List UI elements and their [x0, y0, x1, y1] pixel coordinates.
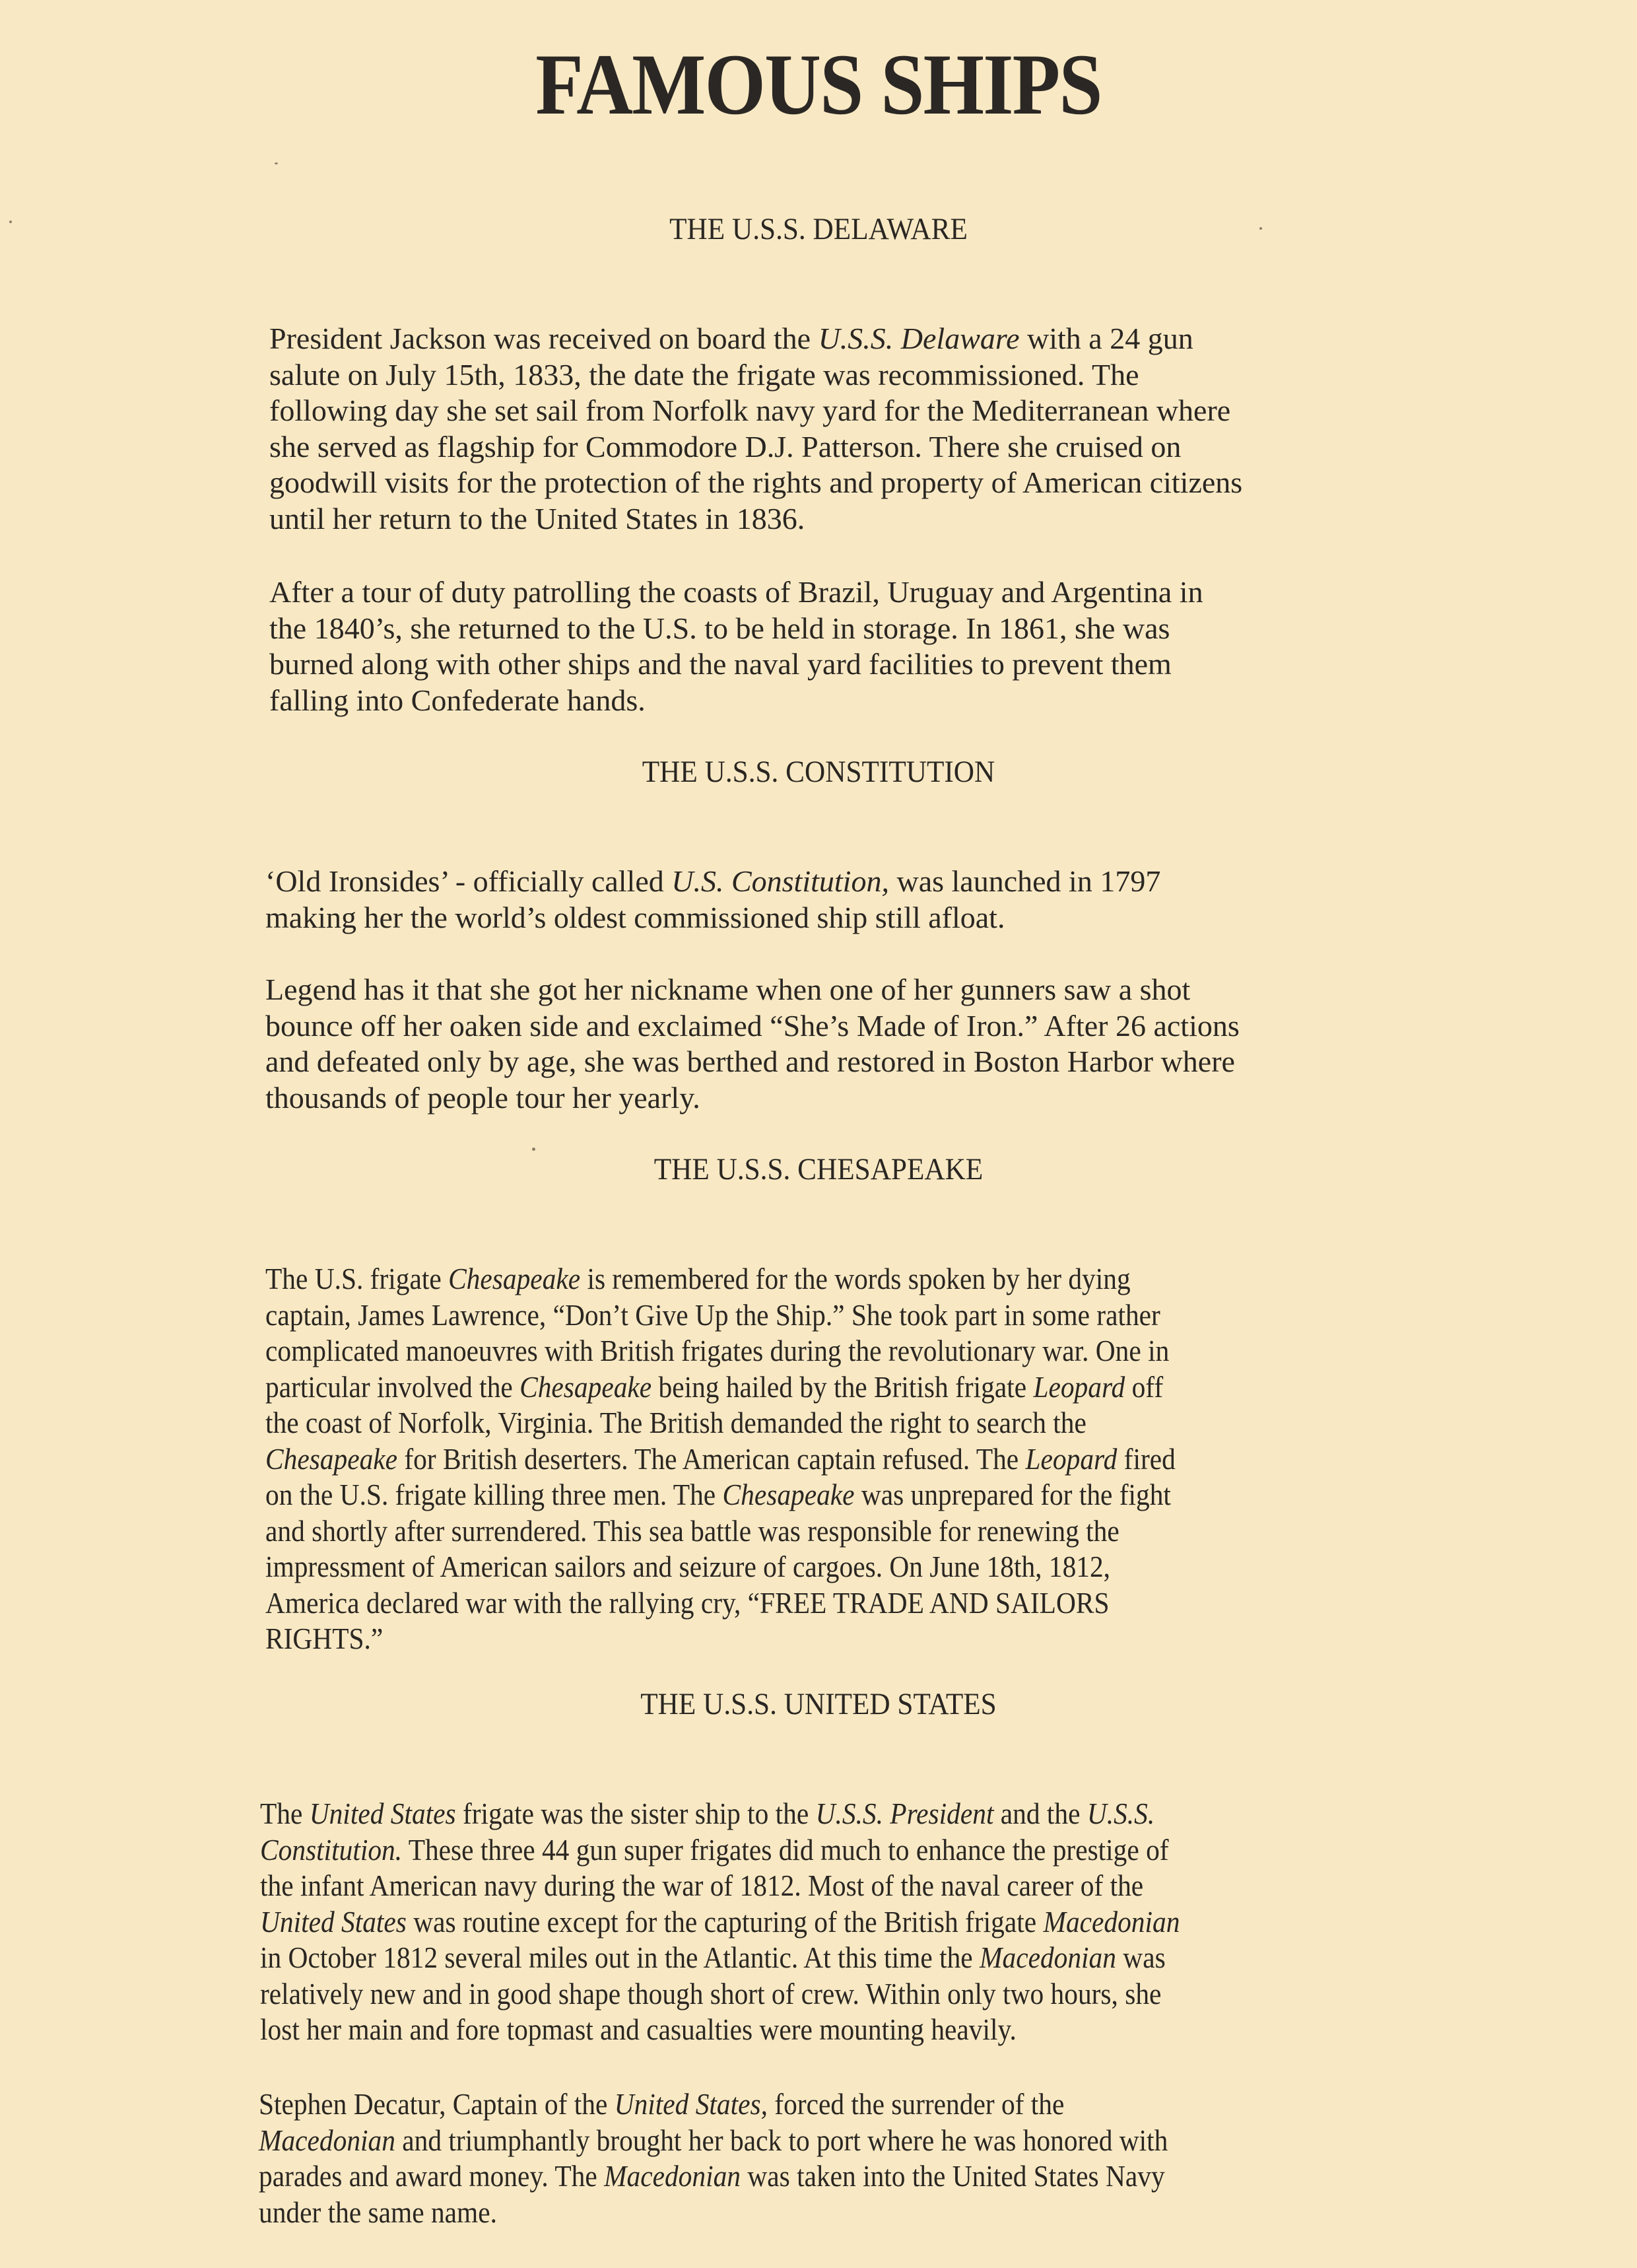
ship-name-italic: Chesapeake — [265, 1442, 397, 1476]
text-line: complicated manoeuvres with British frig… — [265, 1333, 1176, 1369]
text-line: ‘Old Ironsides’ - officially called U.S.… — [265, 864, 1160, 900]
paragraph: President Jackson was received on board … — [269, 321, 1242, 537]
paragraph: The United States frigate was the sister… — [260, 1796, 1282, 2048]
ship-name-italic: Chesapeake — [519, 1370, 651, 1404]
text-run: she served as flagship for Commodore D.J… — [269, 430, 1181, 464]
ship-name-italic: Macedonian — [1043, 1905, 1180, 1939]
text-line: until her return to the United States in… — [269, 501, 1242, 537]
text-run: After a tour of duty patrolling the coas… — [269, 575, 1203, 609]
text-run: President Jackson was received on board … — [269, 322, 818, 355]
text-run: and the — [993, 1797, 1086, 1830]
text-run: bounce off her oaken side and exclaimed … — [265, 1009, 1240, 1043]
text-run: Legend has it that she got her nickname … — [265, 973, 1190, 1006]
text-line: Legend has it that she got her nickname … — [265, 972, 1240, 1008]
text-run: The U.S. frigate — [265, 1262, 448, 1295]
text-line: the infant American navy during the war … — [260, 1868, 1180, 1904]
text-run: thousands of people tour her yearly. — [265, 1081, 700, 1115]
text-run: impressment of American sailors and seiz… — [265, 1550, 1110, 1583]
text-line: President Jackson was received on board … — [269, 321, 1242, 357]
text-run: was unprepared for the fight — [855, 1478, 1171, 1511]
text-run: making her the world’s oldest commission… — [265, 901, 1005, 934]
ship-name-italic: Chesapeake — [723, 1478, 855, 1511]
text-line: Stephen Decatur, Captain of the United S… — [259, 2086, 1168, 2123]
text-run: frigate was the sister ship to the — [456, 1797, 816, 1830]
text-line: she served as flagship for Commodore D.J… — [269, 429, 1242, 465]
text-line: the coast of Norfolk, Virginia. The Brit… — [265, 1405, 1176, 1441]
text-run: being hailed by the British frigate — [651, 1370, 1033, 1404]
text-line: Chesapeake for British deserters. The Am… — [265, 1441, 1176, 1478]
text-run: was — [1116, 1941, 1166, 1974]
paragraph: Stephen Decatur, Captain of the United S… — [259, 2086, 1269, 2230]
text-run: with a 24 gun — [1020, 322, 1193, 355]
text-line: salute on July 15th, 1833, the date the … — [269, 357, 1242, 394]
paragraph: Legend has it that she got her nickname … — [265, 972, 1240, 1116]
ship-name-italic: Chesapeake — [448, 1262, 580, 1295]
ship-name-italic: Macedonian — [980, 1941, 1116, 1974]
text-run: burned along with other ships and the na… — [269, 647, 1172, 681]
scan-speck — [275, 162, 278, 164]
text-line: impressment of American sailors and seiz… — [265, 1549, 1176, 1585]
text-line: following day she set sail from Norfolk … — [269, 393, 1242, 429]
text-run: lost her main and fore topmast and casua… — [260, 2012, 1017, 2046]
text-line: and shortly after surrendered. This sea … — [265, 1513, 1176, 1550]
text-line: parades and award money. The Macedonian … — [259, 2158, 1168, 2195]
text-run: captain, James Lawrence, “Don’t Give Up … — [265, 1298, 1160, 1332]
text-run: was taken into the United States Navy — [741, 2159, 1165, 2193]
text-run: and shortly after surrendered. This sea … — [265, 1514, 1119, 1548]
text-line: The U.S. frigate Chesapeake is remembere… — [265, 1261, 1176, 1297]
text-run: relatively new and in good shape though … — [260, 1977, 1161, 2010]
text-run: America declared war with the rallying c… — [265, 1586, 1110, 1620]
text-run: off — [1125, 1370, 1163, 1404]
text-run: salute on July 15th, 1833, the date the … — [269, 358, 1139, 392]
text-run: parades and award money. The — [259, 2159, 604, 2193]
section-heading-delaware: THE U.S.S. DELAWARE — [65, 214, 1572, 245]
text-run: The — [260, 1797, 310, 1830]
document-page: FAMOUS SHIPS THE U.S.S. DELAWARE Preside… — [0, 0, 1637, 2268]
text-run: under the same name. — [259, 2195, 497, 2229]
scan-speck — [532, 1148, 535, 1151]
text-line: and defeated only by age, she was berthe… — [265, 1044, 1240, 1080]
text-run: the 1840’s, she returned to the U.S. to … — [269, 611, 1170, 645]
text-line: thousands of people tour her yearly. — [265, 1080, 1240, 1117]
text-line: The United States frigate was the sister… — [260, 1796, 1180, 1832]
text-line: captain, James Lawrence, “Don’t Give Up … — [265, 1297, 1176, 1334]
text-run: falling into Confederate hands. — [269, 683, 646, 717]
ship-name-italic: Leopard — [1033, 1370, 1125, 1404]
scan-speck — [9, 221, 12, 223]
text-run: ‘Old Ironsides’ - officially called — [265, 864, 671, 898]
paragraph: After a tour of duty patrolling the coas… — [269, 574, 1203, 718]
text-line: relatively new and in good shape though … — [260, 1976, 1180, 2012]
paragraph: ‘Old Ironsides’ - officially called U.S.… — [265, 864, 1160, 936]
text-run: goodwill visits for the protection of th… — [269, 465, 1242, 499]
text-line: the 1840’s, she returned to the U.S. to … — [269, 611, 1203, 647]
text-line: Macedonian and triumphantly brought her … — [259, 2123, 1168, 2159]
ship-name-italic: U.S.S. Delaware — [818, 322, 1020, 355]
text-run: on the U.S. frigate killing three men. T… — [265, 1478, 723, 1511]
text-run: Stephen Decatur, Captain of the — [259, 2087, 615, 2121]
text-line: lost her main and fore topmast and casua… — [260, 2012, 1180, 2048]
ship-name-italic: U.S. Constitution, — [671, 864, 889, 898]
text-line: burned along with other ships and the na… — [269, 646, 1203, 683]
text-run: following day she set sail from Norfolk … — [269, 394, 1230, 427]
ship-name-italic: United States, — [615, 2087, 768, 2121]
text-line: particular involved the Chesapeake being… — [265, 1369, 1176, 1406]
section-heading-united-states: THE U.S.S. UNITED STATES — [65, 1689, 1572, 1720]
text-line: under the same name. — [259, 2195, 1168, 2231]
ship-name-italic: United States — [310, 1797, 456, 1830]
text-run: for British deserters. The American capt… — [397, 1442, 1025, 1476]
text-run: RIGHTS.” — [265, 1622, 383, 1655]
text-line: goodwill visits for the protection of th… — [269, 465, 1242, 501]
text-run: fired — [1117, 1442, 1176, 1476]
text-run: and triumphantly brought her back to por… — [395, 2123, 1168, 2157]
text-run: was launched in 1797 — [889, 864, 1160, 898]
text-run: These three 44 gun super frigates did mu… — [402, 1833, 1169, 1867]
section-heading-constitution: THE U.S.S. CONSTITUTION — [65, 757, 1572, 788]
text-run: the infant American navy during the war … — [260, 1869, 1143, 1902]
text-line: After a tour of duty patrolling the coas… — [269, 574, 1203, 611]
text-line: America declared war with the rallying c… — [265, 1585, 1176, 1622]
text-line: on the U.S. frigate killing three men. T… — [265, 1477, 1176, 1513]
ship-name-italic: Macedonian — [259, 2123, 395, 2157]
page-title: FAMOUS SHIPS — [82, 41, 1555, 128]
ship-name-italic: United States — [260, 1905, 407, 1939]
ship-name-italic: Leopard — [1026, 1442, 1118, 1476]
text-run: complicated manoeuvres with British frig… — [265, 1334, 1169, 1367]
text-line: RIGHTS.” — [265, 1621, 1176, 1657]
text-line: making her the world’s oldest commission… — [265, 900, 1160, 936]
text-run: forced the surrender of the — [768, 2087, 1064, 2121]
text-run: and defeated only by age, she was berthe… — [265, 1045, 1235, 1078]
ship-name-italic: Constitution. — [260, 1833, 402, 1867]
text-run: in October 1812 several miles out in the… — [260, 1941, 980, 1974]
text-line: Constitution. These three 44 gun super f… — [260, 1832, 1180, 1869]
ship-name-italic: Macedonian — [604, 2159, 741, 2193]
ship-name-italic: U.S.S. — [1087, 1797, 1154, 1830]
text-line: falling into Confederate hands. — [269, 683, 1203, 719]
text-line: in October 1812 several miles out in the… — [260, 1940, 1180, 1976]
text-line: United States was routine except for the… — [260, 1904, 1180, 1941]
paragraph: The U.S. frigate Chesapeake is remembere… — [265, 1261, 1277, 1657]
text-run: until her return to the United States in… — [269, 502, 805, 535]
text-line: bounce off her oaken side and exclaimed … — [265, 1008, 1240, 1045]
text-run: particular involved the — [265, 1370, 519, 1404]
text-run: is remembered for the words spoken by he… — [580, 1262, 1131, 1295]
text-run: was routine except for the capturing of … — [407, 1905, 1044, 1939]
ship-name-italic: U.S.S. President — [816, 1797, 994, 1830]
text-run: the coast of Norfolk, Virginia. The Brit… — [265, 1406, 1086, 1439]
section-heading-chesapeake: THE U.S.S. CHESAPEAKE — [65, 1154, 1572, 1185]
scan-speck — [1259, 227, 1262, 230]
